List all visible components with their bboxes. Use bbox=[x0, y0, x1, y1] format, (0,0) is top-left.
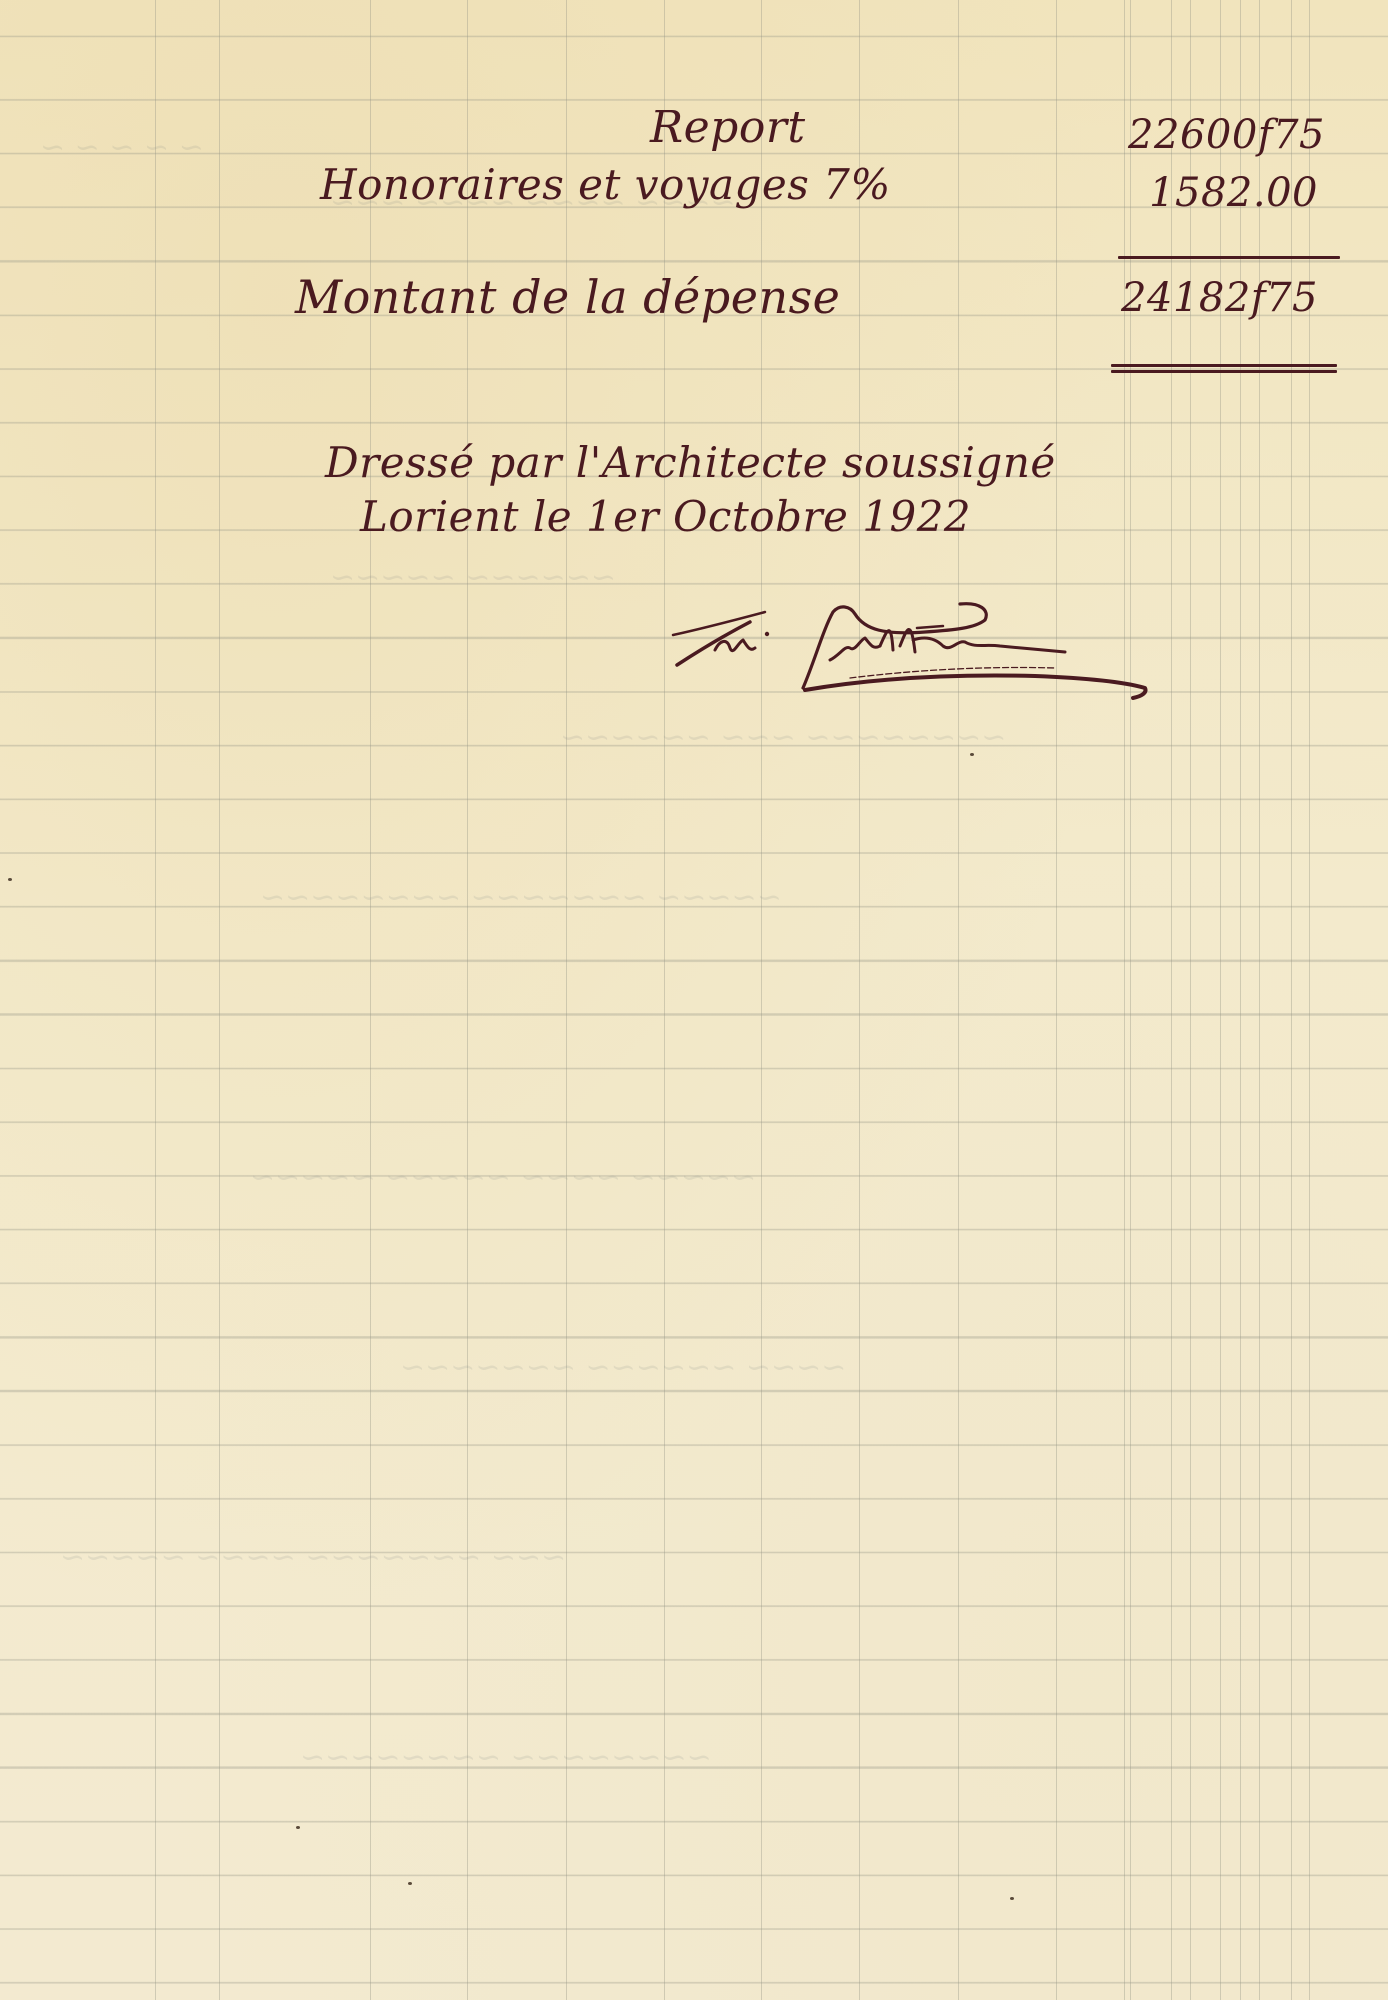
total-double-rule-bottom bbox=[1111, 370, 1337, 373]
attestation-line-2: Lorient le 1er Octobre 1922 bbox=[360, 492, 971, 541]
paper-speck bbox=[1010, 1897, 1014, 1900]
paper-speck bbox=[408, 1882, 412, 1885]
bleed-through-texture: ~~~ ~~~~~~~ ~~~~ ~~~~~ bbox=[60, 1540, 566, 1575]
bleed-through-texture: ~~~~~~~~ ~~~ ~~~~~~ bbox=[560, 720, 1006, 755]
line-label-honoraires: Honoraires et voyages 7% bbox=[320, 160, 891, 209]
bleed-through-texture: ~~~~ ~~~~~~ ~~~~~~~ bbox=[400, 1350, 846, 1385]
vertical-rule bbox=[859, 0, 860, 2000]
total-label: Montant de la dépense bbox=[295, 270, 840, 324]
bleed-through-texture: ~~~~~ ~~~~ ~~~~~ ~~~~~ bbox=[250, 1160, 756, 1195]
bleed-through-texture: ~~~~~~~~ ~~~~~~~~ bbox=[300, 1740, 712, 1775]
vertical-rule bbox=[958, 0, 959, 2000]
bleed-through-texture: ~~~~~~ ~~~~~ bbox=[330, 560, 616, 595]
paper-speck bbox=[970, 753, 974, 756]
signature bbox=[655, 600, 1155, 700]
line-amount-honoraires: 1582.00 bbox=[1149, 170, 1318, 216]
paper-speck bbox=[8, 878, 12, 881]
vertical-rule bbox=[155, 0, 156, 2000]
line-label-report: Report bbox=[650, 102, 806, 153]
bleed-through-texture: ~~~~~ ~~~~~~~ ~~~~~~~~ bbox=[260, 880, 782, 915]
paper-speck bbox=[296, 1826, 300, 1829]
total-double-rule-top bbox=[1111, 364, 1337, 367]
attestation-line-1: Dressé par l'Architecte soussigné bbox=[325, 438, 1056, 487]
vertical-rule bbox=[219, 0, 220, 2000]
subtotal-rule bbox=[1118, 256, 1340, 259]
line-amount-report: 22600f75 bbox=[1128, 112, 1325, 158]
bleed-through-texture: ~ ~ ~ ~ ~ bbox=[40, 130, 204, 165]
total-amount: 24182f75 bbox=[1121, 275, 1318, 321]
vertical-rule bbox=[1056, 0, 1057, 2000]
